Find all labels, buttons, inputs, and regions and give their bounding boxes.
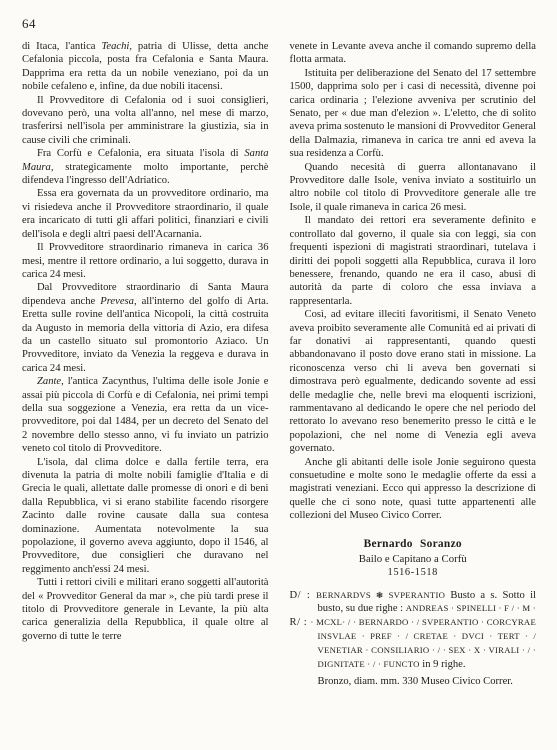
right-column: venete in Levante aveva anche il comando… (290, 40, 537, 689)
body-text: strategicamente molto importante, perchè… (22, 162, 269, 186)
paragraph: Il mandato dei rettori era severamente d… (290, 214, 537, 308)
body-text: Il Provveditore di Cefalonia od i suoi c… (22, 95, 269, 146)
body-text: Il Provveditore straordinario rimaneva i… (22, 242, 269, 280)
paragraph: Il Provveditore straordinario rimaneva i… (22, 241, 269, 281)
paragraph: Quando necesità di guerra allontanavano … (290, 161, 537, 215)
paragraph: di Itaca, l'antica Teachi, patria di Uli… (22, 40, 269, 94)
reverse-inscription: · MCXL· / · BERNARDO · / SVPERANTIO · CO… (310, 617, 536, 669)
medal-person-office: Bailo e Capitano a Corfù (290, 552, 537, 566)
paragraph: Tutti i rettori civili e militari erano … (22, 576, 269, 643)
paragraph: Essa era governata da un provveditore or… (22, 187, 269, 241)
italic-text: Teachi, (101, 41, 132, 52)
inscription-text: BERNARDVS ❃ SVPERANTIO (316, 590, 445, 600)
paragraph: Così, ad evitare illeciti favoritismi, i… (290, 308, 537, 455)
body-text: Tutti i rettori civili e militari erano … (22, 577, 269, 642)
paragraph: Istituita per deliberazione del Senato d… (290, 67, 537, 161)
body-text: Istituita per deliberazione del Senato d… (290, 68, 537, 159)
left-column: di Itaca, l'antica Teachi, patria di Uli… (22, 40, 269, 689)
body-text: di Itaca, l'antica (22, 41, 101, 52)
inscription-text: ANDREAS · SPINELLI · F / · M · (406, 603, 536, 613)
paragraph: L'isola, dal clima dolce e dalla fertile… (22, 456, 269, 577)
medal-obverse-description: D/ : BERNARDVS ❃ SVPERANTIO Busto a s. S… (290, 589, 537, 617)
body-text: L'isola, dal clima dolce e dalla fertile… (22, 457, 269, 575)
right-column-text: venete in Levante aveva anche il comando… (290, 40, 537, 523)
body-text: Fra Corfù e Cefalonia, era situata l'iso… (37, 148, 244, 159)
obverse-inscription: BERNARDVS ❃ SVPERANTIO Busto a s. Sotto … (316, 590, 536, 615)
paragraph: Fra Corfù e Cefalonia, era situata l'iso… (22, 147, 269, 187)
body-text: in 9 righe. (420, 659, 466, 670)
two-column-layout: di Itaca, l'antica Teachi, patria di Uli… (22, 40, 536, 689)
reverse-label: R/ : (290, 617, 311, 628)
body-text: Essa era governata da un provveditore or… (22, 188, 269, 239)
page-number: 64 (22, 16, 36, 32)
body-text: Anche gli abitanti delle isole Jonie seg… (290, 457, 537, 522)
body-text: Così, ad evitare illeciti favoritismi, i… (290, 309, 537, 454)
medal-reverse-description: R/ : · MCXL· / · BERNARDO · / SVPERANTIO… (290, 616, 537, 671)
book-page: 64 di Itaca, l'antica Teachi, patria di … (0, 0, 557, 750)
medal-entry-heading: Bernardo Soranzo Bailo e Capitano a Corf… (290, 537, 537, 579)
medal-material-line: Bronzo, diam. mm. 330 Museo Civico Corre… (290, 675, 537, 689)
italic-text: Prevesa, (100, 296, 136, 307)
body-text: all'interno del golfo di Arta. Eretta su… (22, 296, 269, 374)
medal-person-name: Bernardo Soranzo (290, 537, 537, 551)
paragraph: venete in Levante aveva anche il comando… (290, 40, 537, 67)
paragraph: Dal Provveditore straordinario di Santa … (22, 281, 269, 375)
paragraph: Anche gli abitanti delle isole Jonie seg… (290, 456, 537, 523)
paragraph: Il Provveditore di Cefalonia od i suoi c… (22, 94, 269, 148)
body-text: Quando necesità di guerra allontanavano … (290, 162, 537, 213)
body-text: l'antica Zacynthus, l'ultima delle isole… (22, 376, 269, 454)
paragraph: Zante, l'antica Zacynthus, l'ultima dell… (22, 375, 269, 455)
body-text: venete in Levante aveva anche il comando… (290, 41, 537, 65)
body-text: Il mandato dei rettori era severamente d… (290, 215, 537, 306)
obverse-label: D/ : (290, 590, 317, 601)
italic-text: Zante, (37, 376, 64, 387)
medal-tenure-dates: 1516-1518 (290, 566, 537, 579)
